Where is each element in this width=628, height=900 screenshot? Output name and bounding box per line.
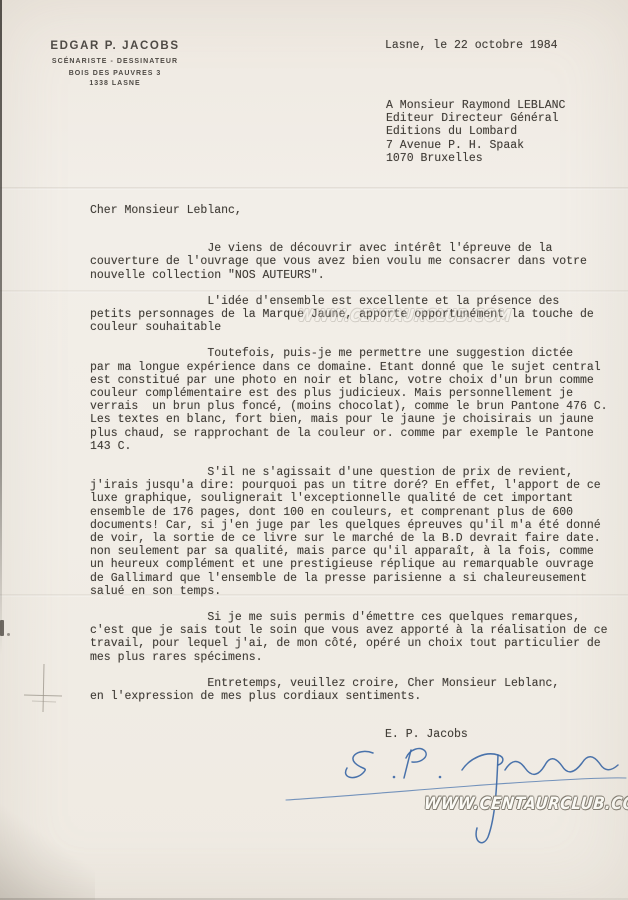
salutation: Cher Monsieur Leblanc, (90, 204, 622, 217)
paper-curl-shadow (0, 750, 95, 900)
watermark: WWW.CENTAURCLUB.COM (423, 794, 628, 814)
scan-edge-mark (0, 620, 4, 636)
scan-edge-left (0, 0, 2, 655)
letterhead: EDGAR P. JACOBS SCÉNARISTE - DESSINATEUR… (38, 40, 192, 87)
pencil-cross-mark (20, 660, 72, 720)
signature-acobs (505, 757, 618, 775)
scan-edge-speck (7, 633, 10, 636)
letterhead-name: EDGAR P. JACOBS (38, 40, 192, 52)
date-line: Lasne, le 22 octobre 1984 (385, 39, 558, 52)
letterhead-city: 1338 LASNE (38, 80, 192, 87)
signature-letter-e (346, 751, 373, 777)
paragraph-6: Entretemps, veuillez croire, Cher Monsie… (90, 677, 622, 703)
letter-page: EDGAR P. JACOBS SCÉNARISTE - DESSINATEUR… (0, 0, 628, 900)
letterhead-street: BOIS DES PAUVRES 3 (38, 70, 192, 77)
paragraph-3: Toutefois, puis-je me permettre une sugg… (90, 347, 622, 453)
recipient-address: A Monsieur Raymond LEBLANC Editeur Direc… (386, 99, 565, 165)
paragraph-4: S'il ne s'agissait d'une question de pri… (90, 466, 622, 598)
letter-body: Cher Monsieur Leblanc, Je viens de décou… (90, 204, 622, 742)
letterhead-title: SCÉNARISTE - DESSINATEUR (38, 58, 192, 65)
paragraph-1: Je viens de découvrir avec intérêt l'épr… (90, 242, 622, 282)
watermark-ghost: WWW.CENTAURCLUB.COM (297, 306, 512, 325)
paragraph-5: Si je me suis permis d'émettre ces quelq… (90, 611, 622, 664)
fold-crease-top (0, 187, 628, 190)
